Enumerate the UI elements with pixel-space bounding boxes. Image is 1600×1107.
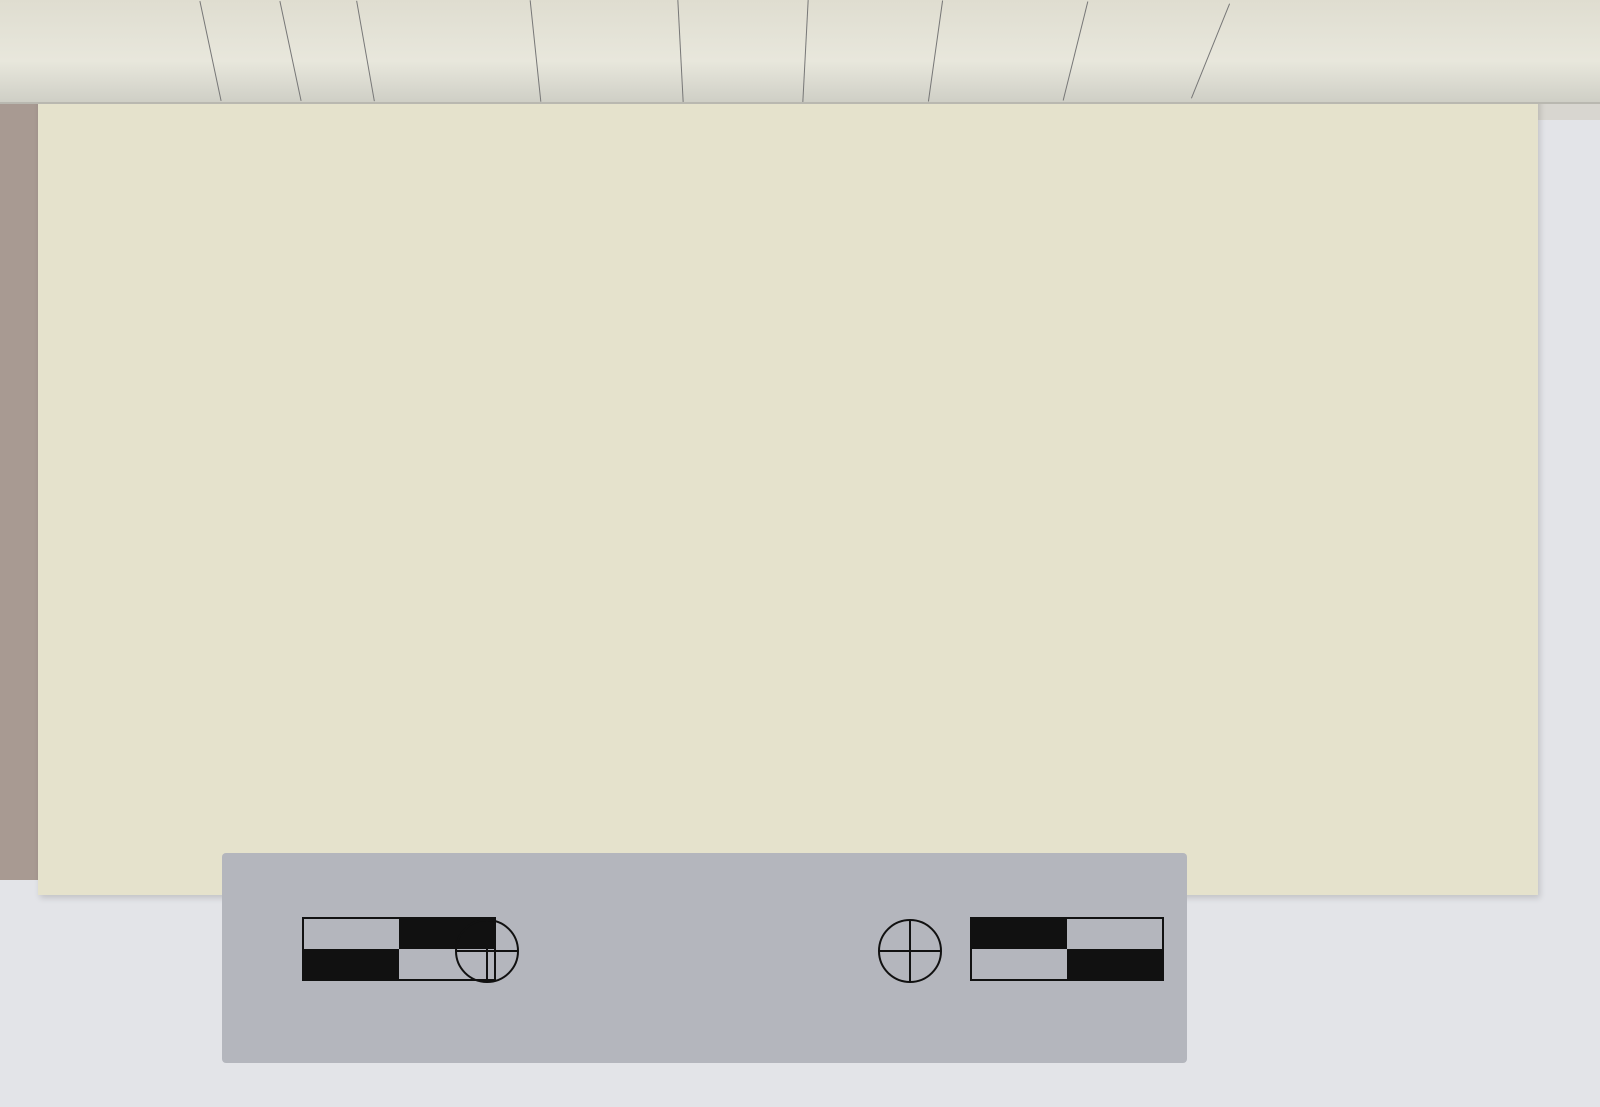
curl-rule bbox=[530, 0, 542, 102]
crosshair-target-right bbox=[878, 919, 942, 983]
curl-rule bbox=[802, 0, 808, 102]
checker-block-right bbox=[970, 917, 1164, 981]
curl-rule bbox=[199, 1, 221, 101]
curl-rule bbox=[356, 1, 375, 102]
curl-rule bbox=[1191, 4, 1230, 99]
curl-rule bbox=[1063, 1, 1089, 100]
crosshair-target-left bbox=[455, 919, 519, 983]
book-page bbox=[38, 95, 1538, 895]
curl-rule bbox=[928, 0, 943, 101]
scale-ruler bbox=[222, 853, 1187, 1063]
curled-next-page bbox=[0, 0, 1600, 104]
background-left bbox=[0, 100, 40, 880]
curl-rule bbox=[279, 1, 301, 101]
curl-rule bbox=[677, 0, 683, 102]
